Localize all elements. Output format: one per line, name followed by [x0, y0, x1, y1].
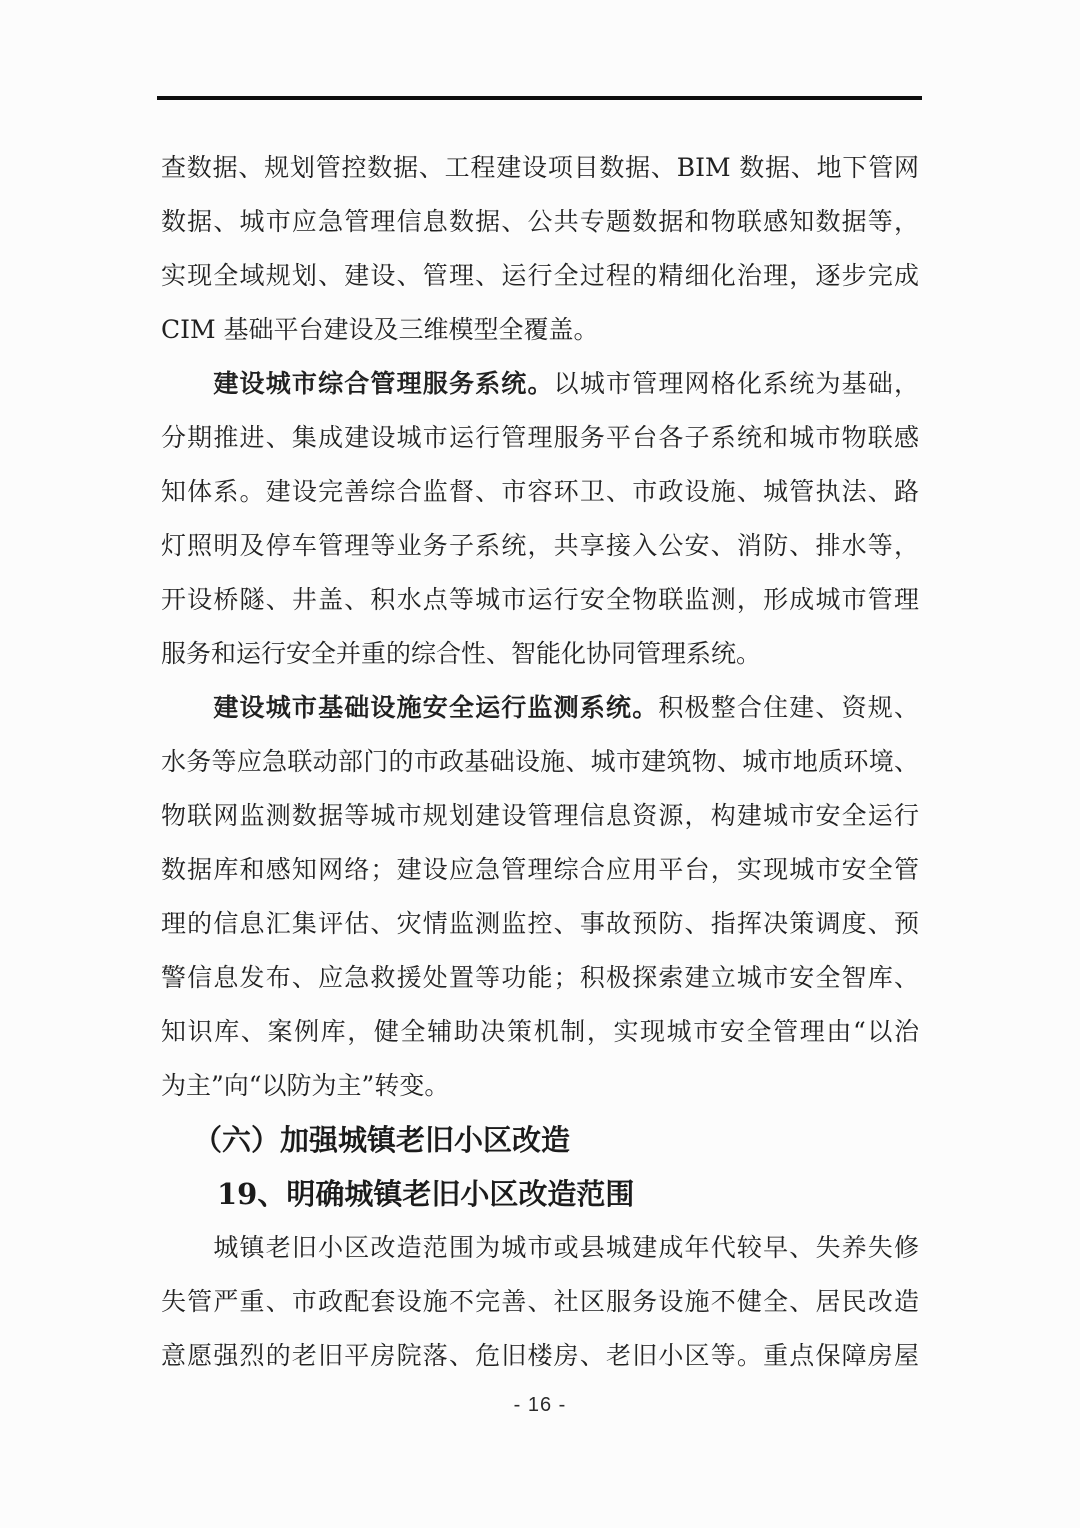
- text-run: 积极整合住建、资规、: [658, 693, 919, 722]
- text-line: 知体系。建设完善综合监督、市容环卫、市政设施、城管执法、路: [161, 465, 919, 519]
- text-run: 失管严重、市政配套设施不完善、社区服务设施不健全、居民改造: [161, 1287, 919, 1316]
- text-line: 警信息发布、应急救援处置等功能；积极探索建立城市安全智库、: [161, 951, 919, 1005]
- text-line: 灯照明及停车管理等业务子系统，共享接入公安、消防、排水等，: [161, 519, 919, 573]
- item-heading-19: 19、明确城镇老旧小区改造范围: [161, 1167, 919, 1221]
- text-run: 理的信息汇集评估、灾情监测监控、事故预防、指挥决策调度、预: [161, 909, 919, 938]
- text-run: 警信息发布、应急救援处置等功能；积极探索建立城市安全智库、: [161, 963, 919, 992]
- text-line: 理的信息汇集评估、灾情监测监控、事故预防、指挥决策调度、预: [161, 897, 919, 951]
- text-line: 查数据、规划管控数据、工程建设项目数据、BIM 数据、地下管网: [161, 141, 919, 195]
- bold-run: 建设城市综合管理服务系统。: [213, 369, 553, 398]
- text-line: 建设城市综合管理服务系统。以城市管理网格化系统为基础，: [161, 357, 919, 411]
- text-line: 意愿强烈的老旧平房院落、危旧楼房、老旧小区等。重点保障房屋: [161, 1329, 919, 1383]
- page-number: - 16 -: [0, 1394, 1080, 1417]
- text-run: 服务和运行安全并重的综合性、智能化协同管理系统。: [161, 639, 761, 668]
- text-run: 知识库、案例库，健全辅助决策机制，实现城市安全管理由“以治: [161, 1017, 919, 1046]
- text-run: [161, 693, 213, 722]
- text-run: 知体系。建设完善综合监督、市容环卫、市政设施、城管执法、路: [161, 477, 919, 506]
- text-line: 建设城市基础设施安全运行监测系统。积极整合住建、资规、: [161, 681, 919, 735]
- text-line: 实现全域规划、建设、管理、运行全过程的精细化治理，逐步完成: [161, 249, 919, 303]
- text-line: 物联网监测数据等城市规划建设管理信息资源，构建城市安全运行: [161, 789, 919, 843]
- text-run: 数据、城市应急管理信息数据、公共专题数据和物联感知数据等，: [161, 207, 919, 236]
- text-run: 水务等应急联动部门的市政基础设施、城市建筑物、城市地质环境、: [161, 747, 919, 776]
- text-run: 物联网监测数据等城市规划建设管理信息资源，构建城市安全运行: [161, 801, 919, 830]
- text-line: 知识库、案例库，健全辅助决策机制，实现城市安全管理由“以治: [161, 1005, 919, 1059]
- text-line: 城镇老旧小区改造范围为城市或县城建成年代较早、失养失修: [161, 1221, 919, 1275]
- paragraph-renovation-scope: 城镇老旧小区改造范围为城市或县城建成年代较早、失养失修失管严重、市政配套设施不完…: [161, 1221, 919, 1383]
- text-line: 分期推进、集成建设城市运行管理服务平台各子系统和城市物联感: [161, 411, 919, 465]
- section-heading-six: （六）加强城镇老旧小区改造: [161, 1113, 919, 1167]
- text-run: 实现全域规划、建设、管理、运行全过程的精细化治理，逐步完成: [161, 261, 919, 290]
- header-divider-line: [157, 96, 922, 100]
- document-body: 查数据、规划管控数据、工程建设项目数据、BIM 数据、地下管网数据、城市应急管理…: [161, 141, 919, 1383]
- text-run: 开设桥隧、井盖、积水点等城市运行安全物联监测，形成城市管理: [161, 585, 919, 614]
- text-run: 意愿强烈的老旧平房院落、危旧楼房、老旧小区等。重点保障房屋: [161, 1341, 919, 1370]
- text-run: 为主”向“以防为主”转变。: [161, 1071, 449, 1100]
- text-line: 为主”向“以防为主”转变。: [161, 1059, 919, 1113]
- text-run: 灯照明及停车管理等业务子系统，共享接入公安、消防、排水等，: [161, 531, 919, 560]
- text-run: [161, 369, 213, 398]
- document-page: 查数据、规划管控数据、工程建设项目数据、BIM 数据、地下管网数据、城市应急管理…: [0, 0, 1080, 1528]
- text-run: 以城市管理网格化系统为基础，: [554, 369, 919, 398]
- text-line: 开设桥隧、井盖、积水点等城市运行安全物联监测，形成城市管理: [161, 573, 919, 627]
- text-line: 数据、城市应急管理信息数据、公共专题数据和物联感知数据等，: [161, 195, 919, 249]
- text-run: 数据库和感知网络；建设应急管理综合应用平台，实现城市安全管: [161, 855, 919, 884]
- text-run: 查数据、规划管控数据、工程建设项目数据、BIM 数据、地下管网: [161, 153, 919, 182]
- bold-run: 建设城市基础设施安全运行监测系统。: [213, 693, 658, 722]
- text-line: 水务等应急联动部门的市政基础设施、城市建筑物、城市地质环境、: [161, 735, 919, 789]
- paragraph-city-comprehensive-management: 建设城市综合管理服务系统。以城市管理网格化系统为基础，分期推进、集成建设城市运行…: [161, 357, 919, 681]
- text-run: CIM 基础平台建设及三维模型全覆盖。: [161, 315, 599, 344]
- text-run: 城镇老旧小区改造范围为城市或县城建成年代较早、失养失修: [161, 1233, 919, 1262]
- paragraph-cim-platform: 查数据、规划管控数据、工程建设项目数据、BIM 数据、地下管网数据、城市应急管理…: [161, 141, 919, 357]
- paragraph-infrastructure-safety-monitoring: 建设城市基础设施安全运行监测系统。积极整合住建、资规、水务等应急联动部门的市政基…: [161, 681, 919, 1113]
- text-line: 失管严重、市政配套设施不完善、社区服务设施不健全、居民改造: [161, 1275, 919, 1329]
- text-run: 分期推进、集成建设城市运行管理服务平台各子系统和城市物联感: [161, 423, 919, 452]
- text-line: CIM 基础平台建设及三维模型全覆盖。: [161, 303, 919, 357]
- text-line: 数据库和感知网络；建设应急管理综合应用平台，实现城市安全管: [161, 843, 919, 897]
- text-line: 服务和运行安全并重的综合性、智能化协同管理系统。: [161, 627, 919, 681]
